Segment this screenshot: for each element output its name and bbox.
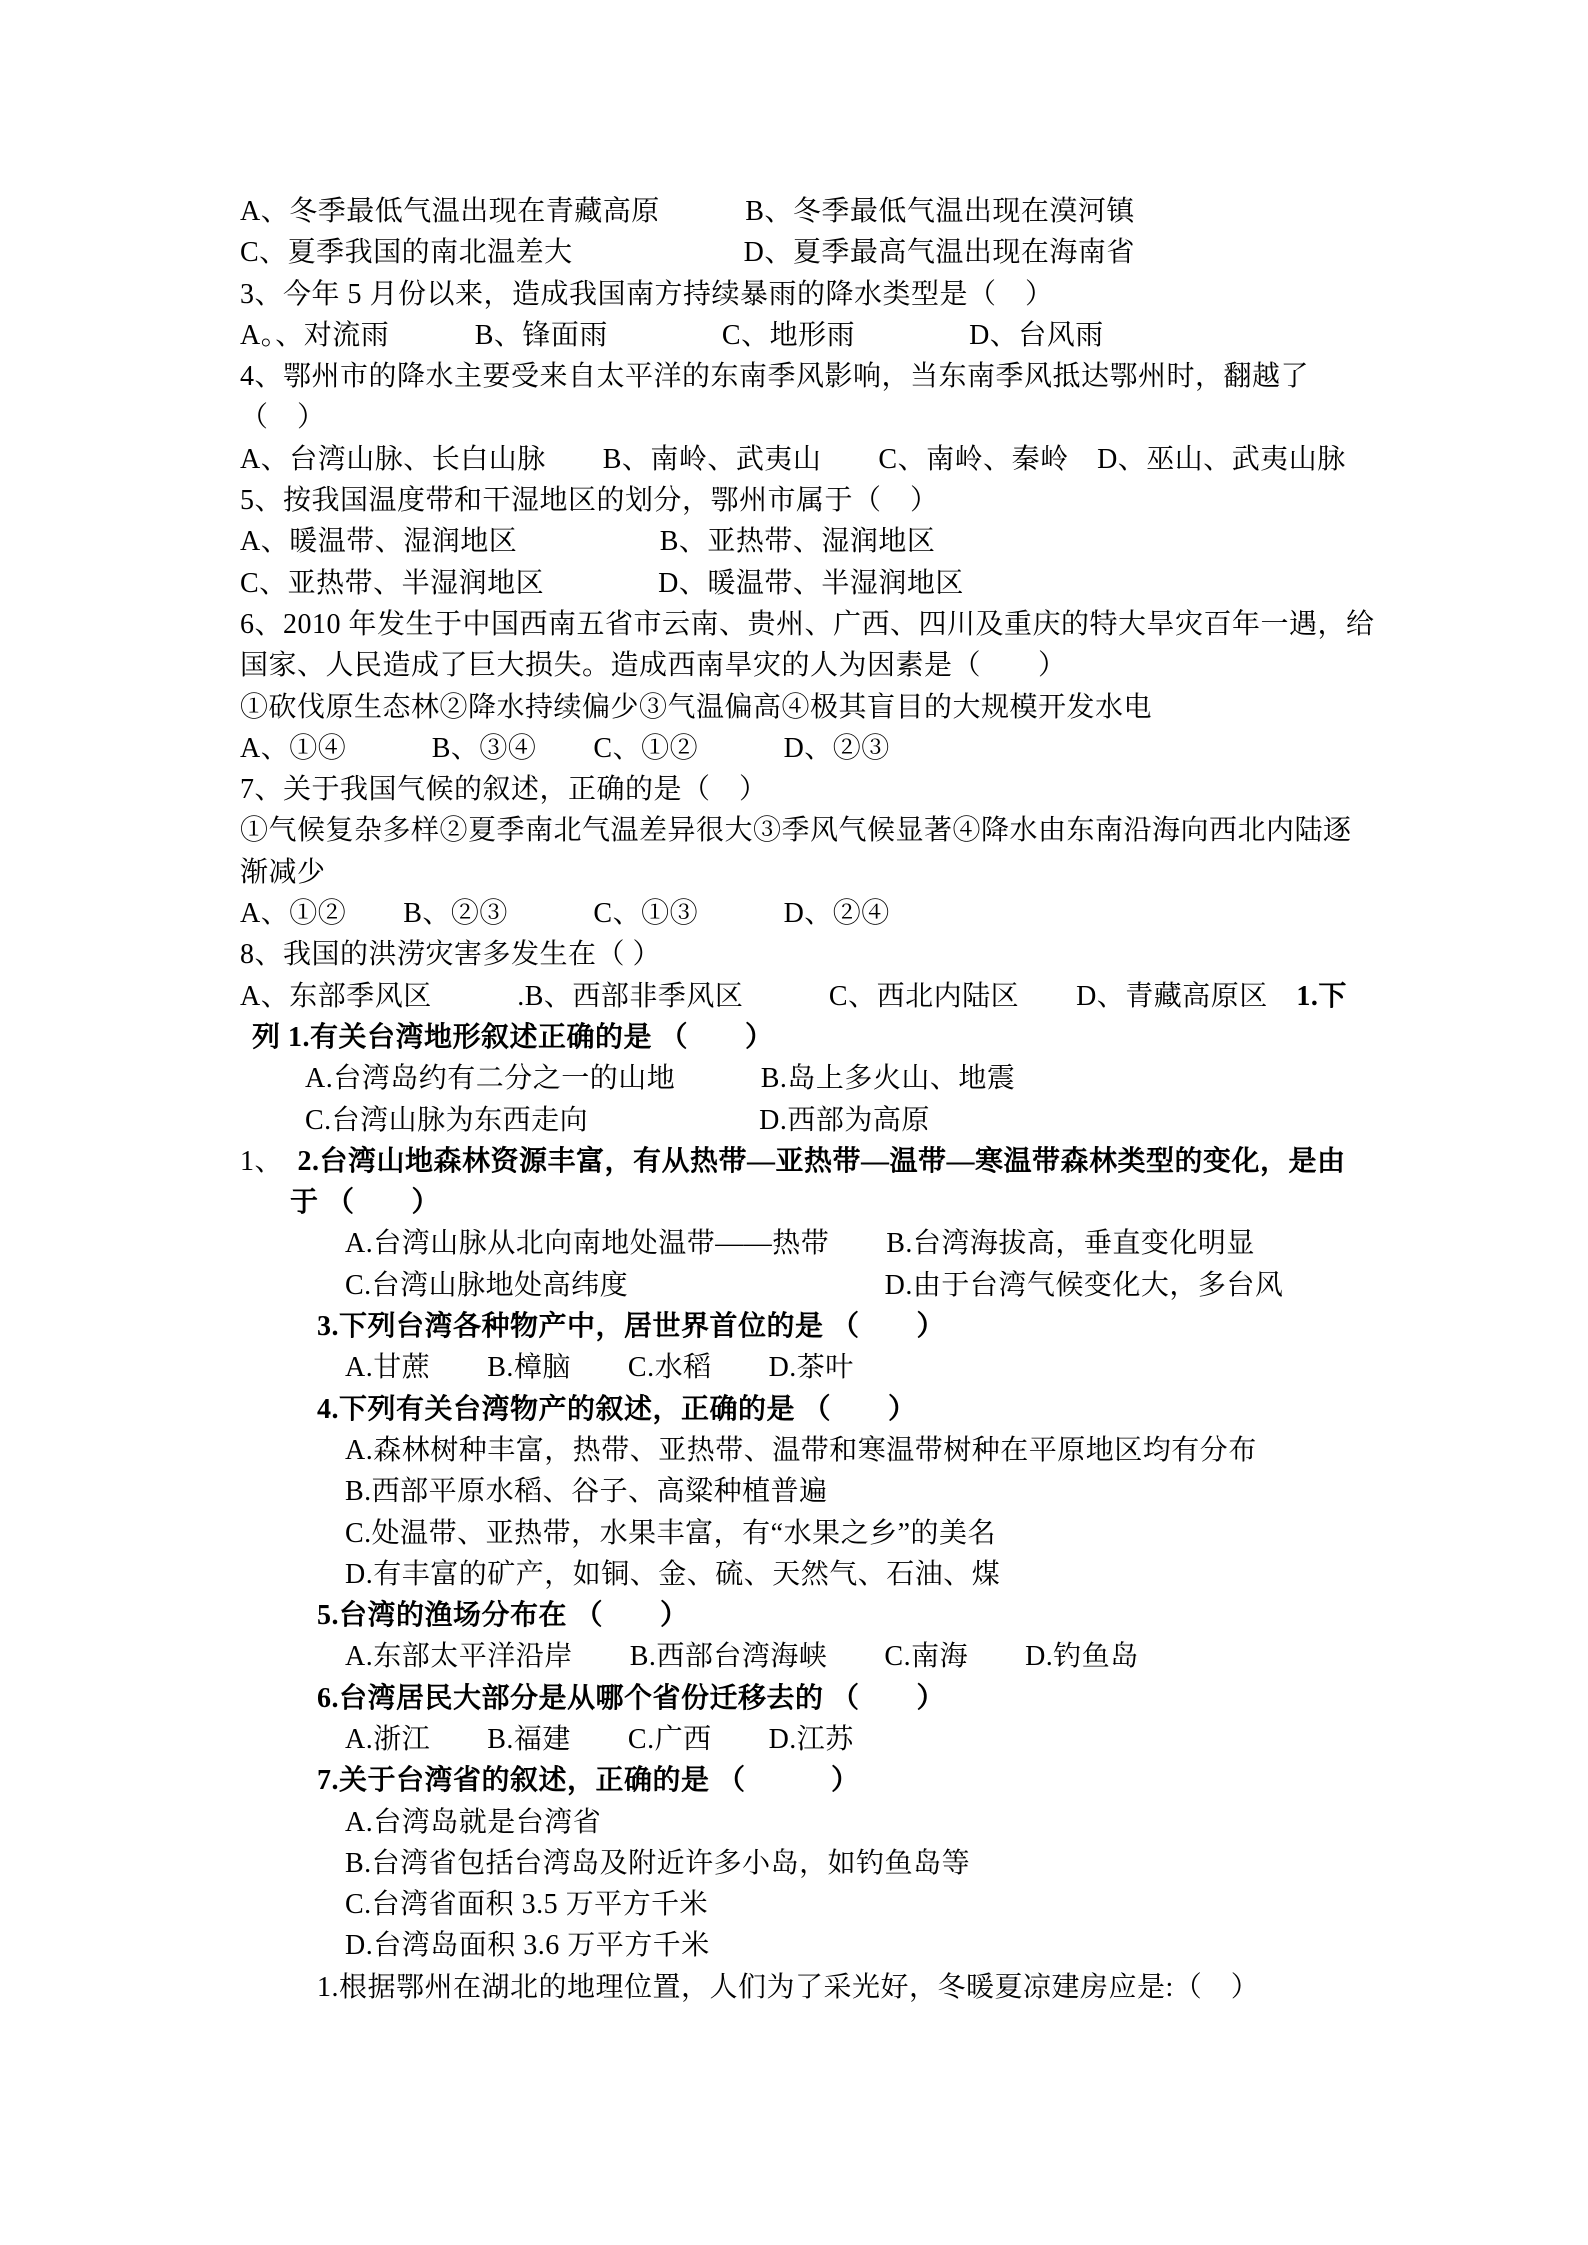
text-segment: A、暖温带、湿润地区 B、亚热带、湿润地区 [240,526,935,557]
text-line: A.浙江 B.福建 C.广西 D.江苏 [240,1719,1438,1760]
text-line: B.西部平原水稻、谷子、高粱种植普遍 [240,1471,1438,1512]
text-line: D.有丰富的矿产，如铜、金、硫、天然气、石油、煤 [240,1554,1438,1595]
text-line: A。、对流雨 B、锋面雨 C、地形雨 D、台风雨 [240,315,1438,356]
text-line: A.台湾山脉从北向南地处温带——热带 B.台湾海拔高，垂直变化明显 [240,1223,1438,1264]
text-segment: 6、2010 年发生于中国西南五省市云南、贵州、广西、四川及重庆的特大旱灾百年一… [240,609,1375,640]
text-segment: D.有丰富的矿产，如铜、金、硫、天然气、石油、煤 [345,1559,1000,1590]
text-segment: A.台湾岛约有二分之一的山地 B.岛上多火山、地震 [305,1063,1015,1094]
text-segment: B.西部平原水稻、谷子、高粱种植普遍 [345,1476,828,1507]
text-segment: 7、关于我国气候的叙述，正确的是（ ） [240,774,768,805]
text-line: 7、关于我国气候的叙述，正确的是（ ） [240,769,1438,810]
text-segment: ①砍伐原生态林②降水持续偏少③气温偏高④极其盲目的大规模开发水电 [240,692,1152,723]
text-line: 1.根据鄂州在湖北的地理位置，人们为了采光好，冬暖夏凉建房应是:（ ） [240,1967,1438,2008]
text-segment: ①气候复杂多样②夏季南北气温差异很大③季风气候显著④降水由东南沿海向西北内陆逐 [240,815,1352,846]
text-line: C.台湾山脉为东西走向 D.西部为高原 [240,1100,1438,1141]
exam-page: A、冬季最低气温出现在青藏高原 B、冬季最低气温出现在漠河镇C、夏季我国的南北温… [0,0,1588,2245]
text-segment: C.处温带、亚热带，水果丰富，有“水果之乡”的美名 [345,1518,996,1549]
text-line: C.台湾山脉地处高纬度 D.由于台湾气候变化大，多台风 [240,1265,1438,1306]
text-line: 渐减少 [240,852,1438,893]
text-segment: D.台湾岛面积 3.6 万平方千米 [345,1930,710,1961]
text-segment: （ ） [240,402,326,433]
text-segment: A、冬季最低气温出现在青藏高原 B、冬季最低气温出现在漠河镇 [240,196,1135,227]
text-segment: 国家、人民造成了巨大损失。造成西南旱灾的人为因素是（ ） [240,650,1067,681]
text-segment: A、①④ B、③④ C、①② D、②③ [240,733,890,764]
question-text-bold: 4.下列有关台湾物产的叙述，正确的是 （ ） [317,1394,917,1425]
text-segment: A。、对流雨 B、锋面雨 C、地形雨 D、台风雨 [240,320,1104,351]
question-text-bold: 2.台湾山地森林资源丰富，有从热带—亚热带—温带—寒温带森林类型的变化，是由 [298,1146,1346,1177]
text-segment: A.东部太平洋沿岸 B.西部台湾海峡 C.南海 D.钓鱼岛 [345,1641,1139,1672]
text-segment: 4、鄂州市的降水主要受来自太平洋的东南季风影响，当东南季风抵达鄂州时，翻越了 [240,361,1309,392]
text-segment: B.台湾省包括台湾岛及附近许多小岛，如钓鱼岛等 [345,1848,970,1879]
question-text-bold: 1.下 [1296,981,1347,1012]
text-segment: C.台湾山脉地处高纬度 D.由于台湾气候变化大，多台风 [345,1270,1283,1301]
text-line: 国家、人民造成了巨大损失。造成西南旱灾的人为因素是（ ） [240,645,1438,686]
text-line: 4、鄂州市的降水主要受来自太平洋的东南季风影响，当东南季风抵达鄂州时，翻越了 [240,356,1438,397]
text-segment: 8、我国的洪涝灾害多发生在（ ） [240,939,661,970]
text-segment: A、①② B、②③ C、①③ D、②④ [240,898,890,929]
question-text-bold: 3.下列台湾各种物产中，居世界首位的是 （ ） [317,1311,945,1342]
text-line: A、暖温带、湿润地区 B、亚热带、湿润地区 [240,521,1438,562]
document-text-block: A、冬季最低气温出现在青藏高原 B、冬季最低气温出现在漠河镇C、夏季我国的南北温… [240,191,1438,2008]
text-line: 3.下列台湾各种物产中，居世界首位的是 （ ） [240,1306,1438,1347]
text-segment: 1.根据鄂州在湖北的地理位置，人们为了采光好，冬暖夏凉建房应是:（ ） [317,1972,1259,2003]
text-line: ①气候复杂多样②夏季南北气温差异很大③季风气候显著④降水由东南沿海向西北内陆逐 [240,810,1438,851]
question-text-bold: 于 （ ） [290,1187,440,1218]
text-line: A、①④ B、③④ C、①② D、②③ [240,728,1438,769]
text-segment: A.台湾山脉从北向南地处温带——热带 B.台湾海拔高，垂直变化明显 [345,1228,1255,1259]
text-line: A.森林树种丰富，热带、亚热带、温带和寒温带树种在平原地区均有分布 [240,1430,1438,1471]
text-line: D.台湾岛面积 3.6 万平方千米 [240,1925,1438,1966]
text-line: 5.台湾的渔场分布在 （ ） [240,1595,1438,1636]
text-line: （ ） [240,397,1438,438]
text-line: C.台湾省面积 3.5 万平方千米 [240,1884,1438,1925]
text-line: 7.关于台湾省的叙述，正确的是 （ ） [240,1760,1438,1801]
text-segment: 3、今年 5 月份以来，造成我国南方持续暴雨的降水类型是（ ） [240,279,1054,310]
question-text-bold: 6.台湾居民大部分是从哪个省份迁移去的 （ ） [317,1683,945,1714]
text-line: A.甘蔗 B.樟脑 C.水稻 D.茶叶 [240,1347,1438,1388]
text-line: A.东部太平洋沿岸 B.西部台湾海峡 C.南海 D.钓鱼岛 [240,1636,1438,1677]
text-line: A.台湾岛就是台湾省 [240,1802,1438,1843]
text-line: 于 （ ） [240,1182,1438,1223]
text-segment: A.台湾岛就是台湾省 [345,1807,601,1838]
text-line: 3、今年 5 月份以来，造成我国南方持续暴雨的降水类型是（ ） [240,274,1438,315]
text-line: A、台湾山脉、长白山脉 B、南岭、武夷山 C、南岭、秦岭 D、巫山、武夷山脉 [240,439,1438,480]
text-line: C.处温带、亚热带，水果丰富，有“水果之乡”的美名 [240,1513,1438,1554]
text-segment: 渐减少 [240,857,326,888]
text-segment: A.浙江 B.福建 C.广西 D.江苏 [345,1724,854,1755]
text-line: 6、2010 年发生于中国西南五省市云南、贵州、广西、四川及重庆的特大旱灾百年一… [240,604,1438,645]
text-segment: A.甘蔗 B.樟脑 C.水稻 D.茶叶 [345,1352,854,1383]
text-line: B.台湾省包括台湾岛及附近许多小岛，如钓鱼岛等 [240,1843,1438,1884]
text-line: 5、按我国温度带和干湿地区的划分，鄂州市属于（ ） [240,480,1438,521]
text-segment: A.森林树种丰富，热带、亚热带、温带和寒温带树种在平原地区均有分布 [345,1435,1257,1466]
text-segment: C.台湾省面积 3.5 万平方千米 [345,1889,708,1920]
text-line: C、亚热带、半湿润地区 D、暖温带、半湿润地区 [240,563,1438,604]
text-segment: A、东部季风区 .B、西部非季风区 C、西北内陆区 D、青藏高原区 [240,981,1296,1012]
text-segment: C.台湾山脉为东西走向 D.西部为高原 [305,1105,930,1136]
text-segment: C、亚热带、半湿润地区 D、暖温带、半湿润地区 [240,568,964,599]
text-line: 6.台湾居民大部分是从哪个省份迁移去的 （ ） [240,1678,1438,1719]
text-segment: 5、按我国温度带和干湿地区的划分，鄂州市属于（ ） [240,485,939,516]
question-text-bold: 列 1.有关台湾地形叙述正确的是 （ ） [252,1022,774,1053]
text-line: ①砍伐原生态林②降水持续偏少③气温偏高④极其盲目的大规模开发水电 [240,687,1438,728]
text-line: 4.下列有关台湾物产的叙述，正确的是 （ ） [240,1389,1438,1430]
text-line: 1、 2.台湾山地森林资源丰富，有从热带—亚热带—温带—寒温带森林类型的变化，是… [240,1141,1438,1182]
question-text-bold: 7.关于台湾省的叙述，正确的是 （ ） [317,1765,860,1796]
text-line: A、冬季最低气温出现在青藏高原 B、冬季最低气温出现在漠河镇 [240,191,1438,232]
text-line: A、东部季风区 .B、西部非季风区 C、西北内陆区 D、青藏高原区 1.下 [240,976,1438,1017]
text-segment: A、台湾山脉、长白山脉 B、南岭、武夷山 C、南岭、秦岭 D、巫山、武夷山脉 [240,444,1346,475]
text-line: C、夏季我国的南北温差大 D、夏季最高气温出现在海南省 [240,232,1438,273]
text-segment: C、夏季我国的南北温差大 D、夏季最高气温出现在海南省 [240,237,1135,268]
text-segment: 1、 [240,1146,298,1177]
text-line: A、①② B、②③ C、①③ D、②④ [240,893,1438,934]
question-text-bold: 5.台湾的渔场分布在 （ ） [317,1600,689,1631]
text-line: A.台湾岛约有二分之一的山地 B.岛上多火山、地震 [240,1058,1438,1099]
text-line: 8、我国的洪涝灾害多发生在（ ） [240,934,1438,975]
text-line: 列 1.有关台湾地形叙述正确的是 （ ） [240,1017,1438,1058]
